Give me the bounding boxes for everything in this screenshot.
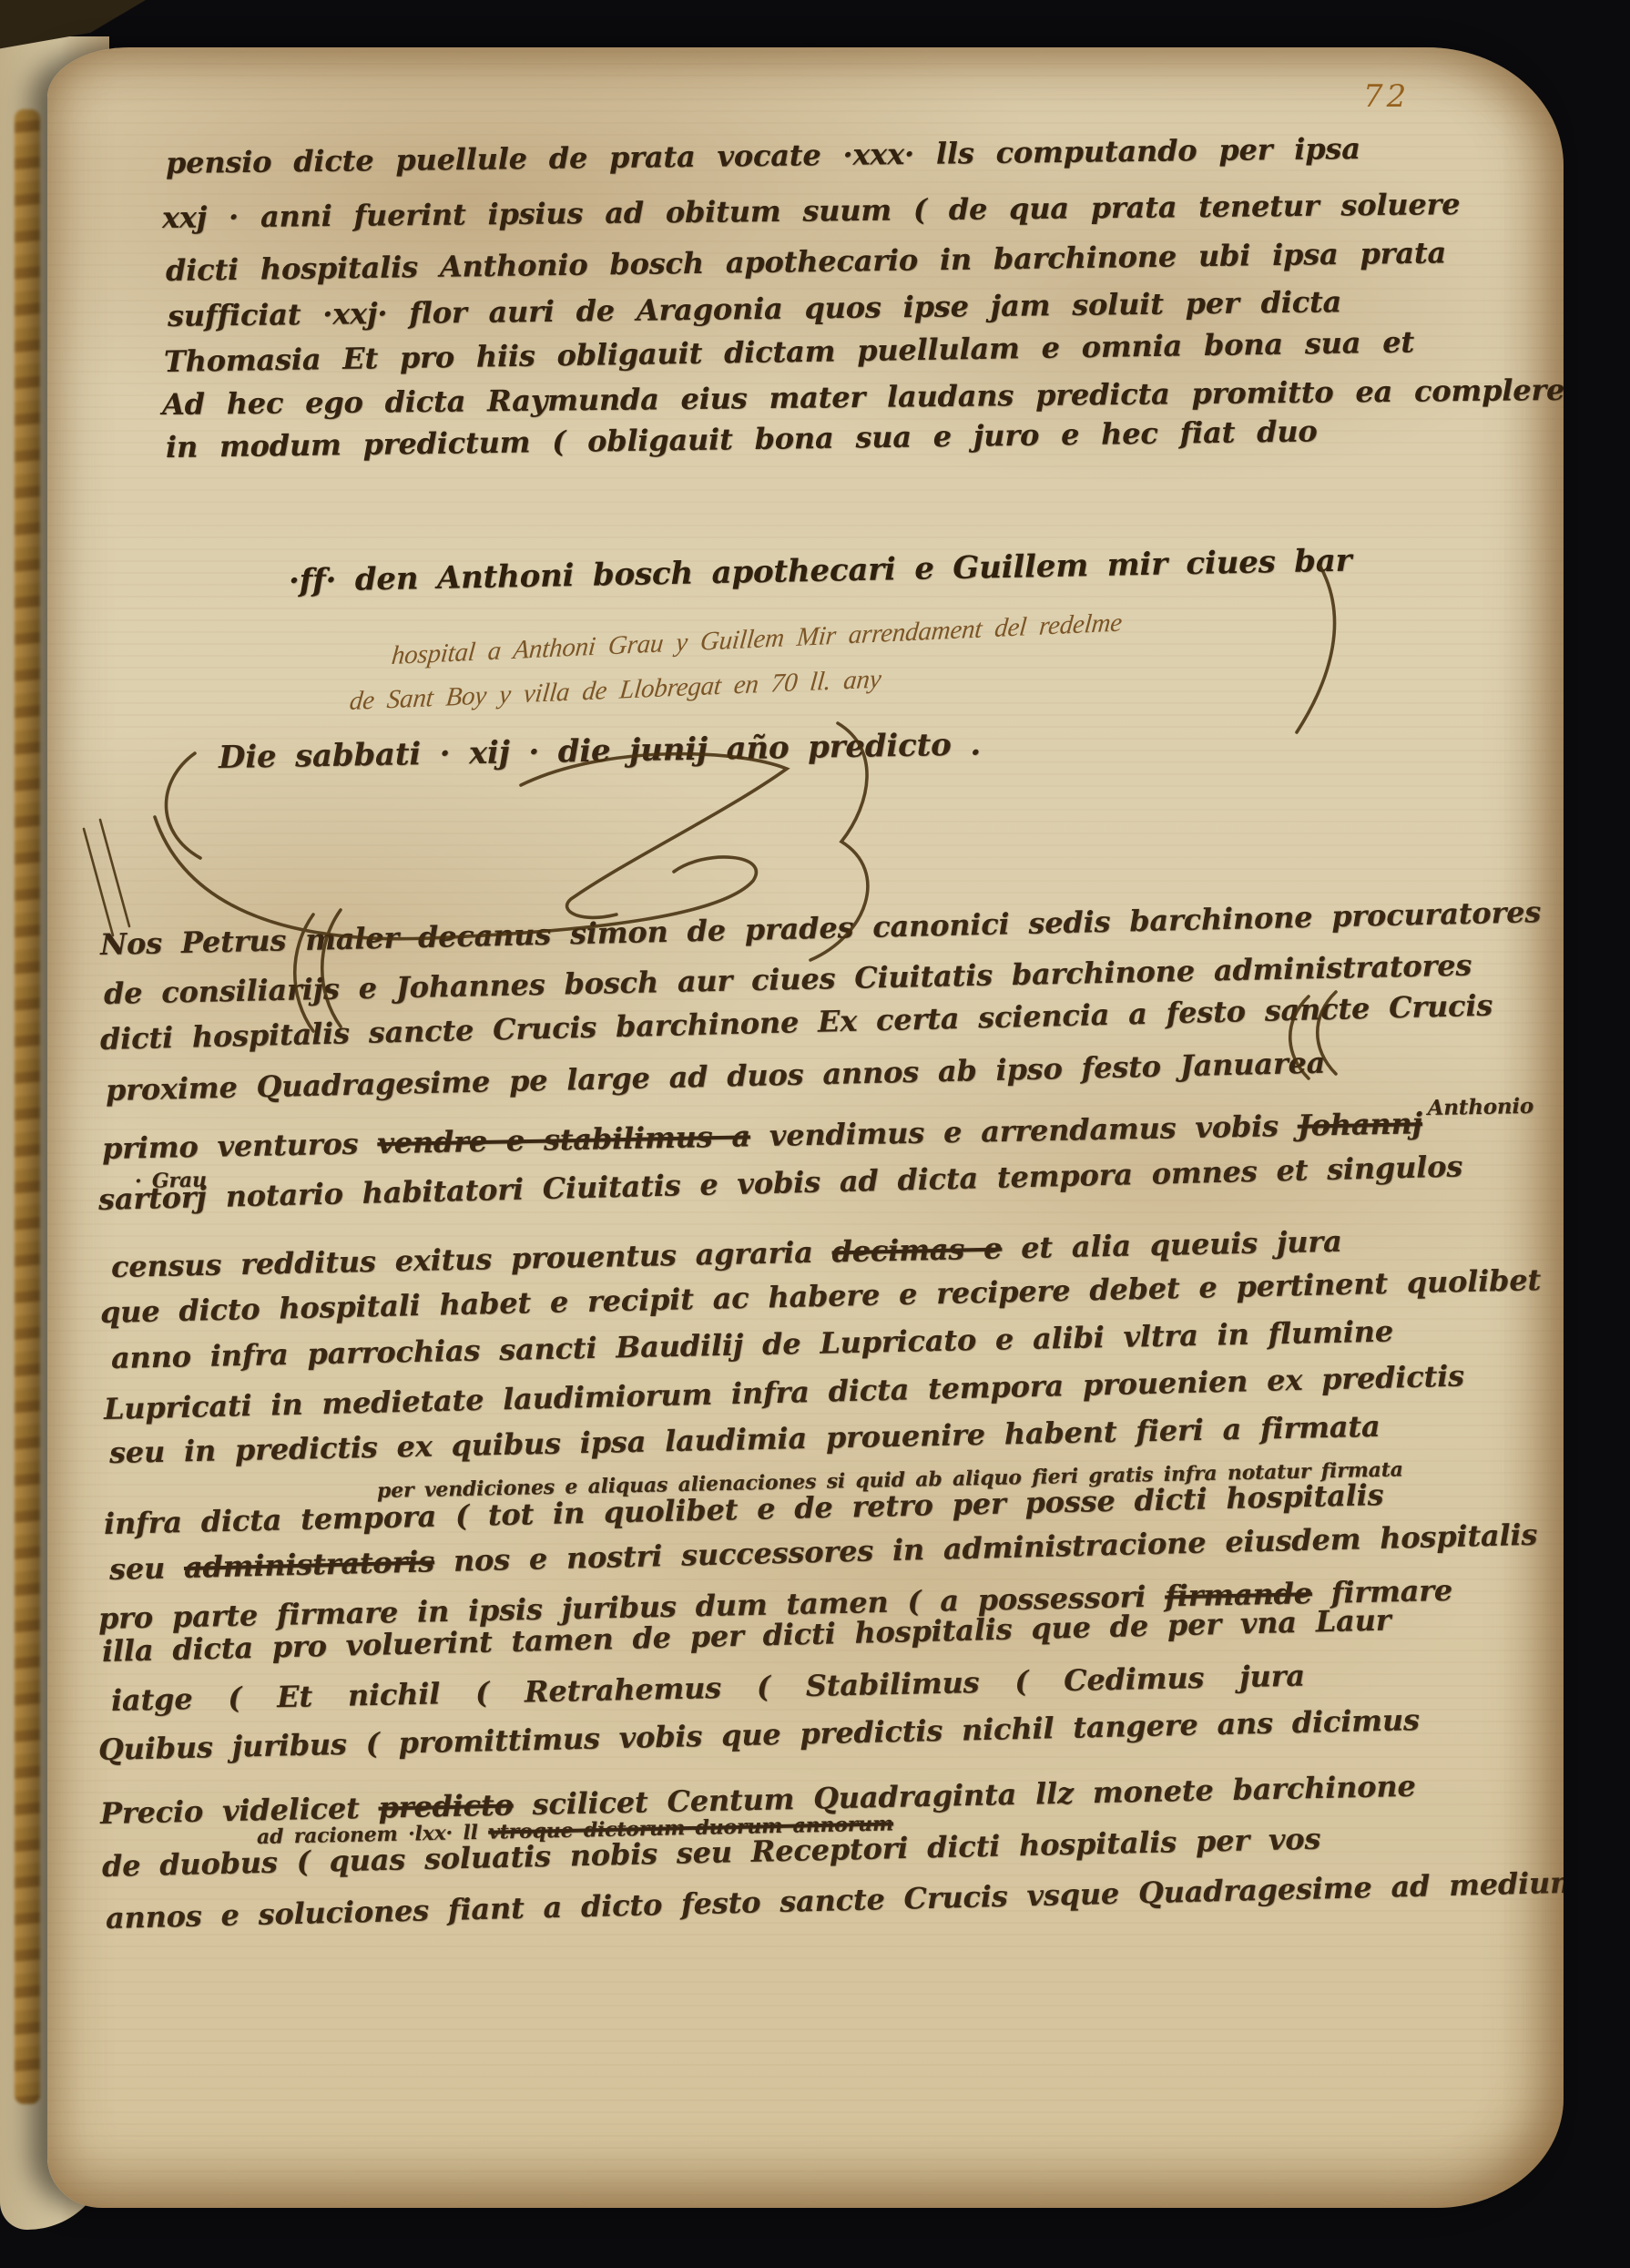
line-text: ·ff· den Anthoni bosch apothecari e Guil… <box>289 543 1352 599</box>
archival-note-line: de Sant Boy y villa de Llobregat en 70 l… <box>348 664 882 717</box>
struck-text: decimas e <box>831 1231 1002 1270</box>
line-text: proxime Quadragesime pe large ad duos an… <box>106 1046 1326 1108</box>
line-text: primo venturos <box>102 1126 378 1166</box>
struck-text: vendre e stabilimus a <box>377 1119 750 1160</box>
line-text: de Sant Boy y villa de Llobregat en 70 l… <box>348 664 882 716</box>
line-text: seu <box>109 1550 185 1587</box>
line-text: xxj · anni fuerint ipsius ad obitum suum… <box>162 187 1461 235</box>
line-text: pensio dicte puellule de prata vocate ·x… <box>166 131 1360 180</box>
manuscript-photo: { "folio_number": "72", "colors": { "ink… <box>0 0 1630 2268</box>
line-text: sufficiat ·xxj· flor auri de Aragonia qu… <box>168 284 1342 333</box>
manuscript-line: in modum predictum ( obligauit bona sua … <box>166 414 1318 465</box>
archival-note-line: hospital a Anthoni Grau y Guillem Mir ar… <box>390 608 1123 671</box>
heading-right-swash <box>1297 567 1335 732</box>
manuscript-line: proxime Quadragesime pe large ad duos an… <box>106 1046 1326 1108</box>
manuscript-line: Ad hec ego dicta Raymunda eius mater lau… <box>162 373 1564 422</box>
line-text: in modum predictum ( obligauit bona sua … <box>166 414 1318 465</box>
line-text: et alia queuis jura <box>1002 1224 1342 1266</box>
manuscript-line: dicti hospitalis Anthonio bosch apotheca… <box>166 235 1446 288</box>
margin-slash <box>84 829 113 935</box>
mid-swash <box>521 754 787 918</box>
line-text: vendimus e arrendamus vobis <box>750 1108 1299 1154</box>
manuscript-page: 72 pensio dicte puellule de prata vocate… <box>47 47 1564 2208</box>
struck-text: administratoris <box>183 1544 434 1585</box>
line-text: Ad hec ego dicta Raymunda eius mater lau… <box>162 373 1564 422</box>
manuscript-line: pensio dicte puellule de prata vocate ·x… <box>166 131 1360 180</box>
line-text: dicti hospitalis Anthonio bosch apotheca… <box>166 235 1446 288</box>
manuscript-line: sufficiat ·xxj· flor auri de Aragonia qu… <box>168 284 1342 333</box>
margin-slash <box>100 820 129 926</box>
struck-text: predicto <box>378 1788 514 1825</box>
line-text: Die sabbati · xij · die junij año predic… <box>219 726 982 776</box>
binding-sewing-edge <box>15 109 40 2104</box>
line-text: Thomasia Et pro hiis obligauit dictam pu… <box>164 324 1415 379</box>
manuscript-line: xxj · anni fuerint ipsius ad obitum suum… <box>162 187 1461 235</box>
line-text: scilicet Centum Quadraginta llz monete b… <box>513 1769 1416 1823</box>
line-text: hospital a Anthoni Grau y Guillem Mir ar… <box>391 608 1124 670</box>
dateline: Die sabbati · xij · die junij año predic… <box>219 726 982 776</box>
manuscript-line: Thomasia Et pro hiis obligauit dictam pu… <box>164 324 1415 379</box>
dateline-left-paren <box>166 753 200 858</box>
entry-heading: ·ff· den Anthoni bosch apothecari e Guil… <box>289 543 1352 599</box>
struck-text: Johannj <box>1297 1106 1422 1143</box>
folio-number: 72 <box>1363 78 1410 115</box>
interlinear-correction: Anthonio <box>1427 1094 1533 1120</box>
line-text: census redditus exitus prouentus agraria <box>111 1234 832 1284</box>
